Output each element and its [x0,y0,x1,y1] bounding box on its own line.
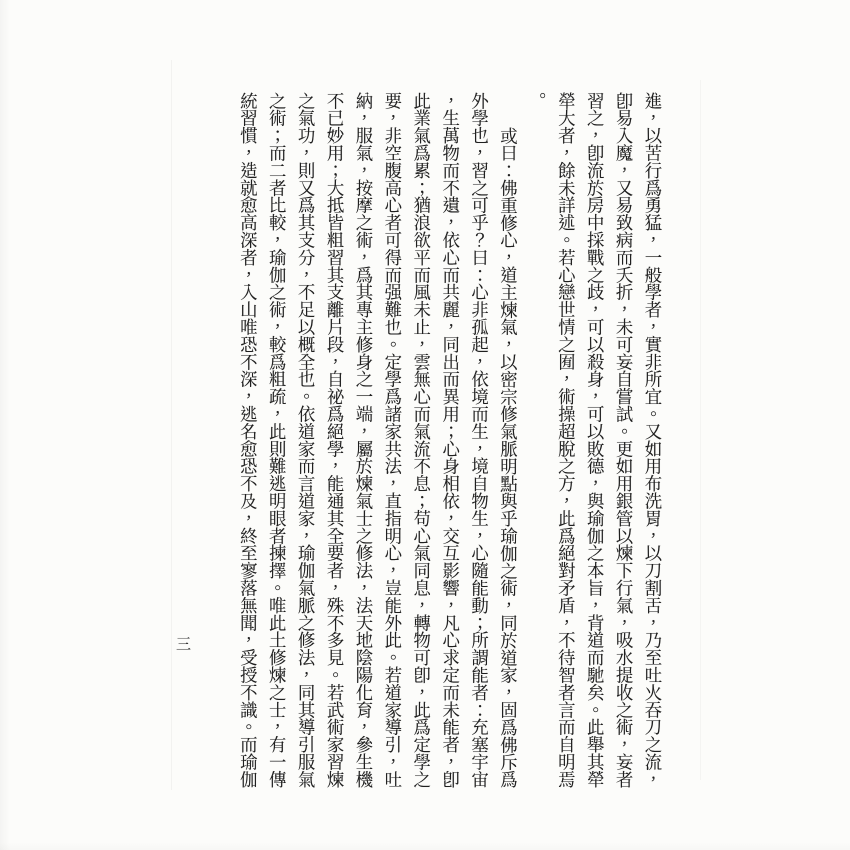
text-column: 犖大者，餘未詳述。若心戀世情之囿，術操超脫之方，此爲絕對矛盾，不待智者言而自明焉 [556,92,573,792]
text-column: 外學也，習之可乎？曰：心非孤起，依境而生，境自物生，心隨能動；所謂能者：充塞宇宙 [469,92,486,792]
text-column: 納，服氣，按摩之術，爲其專主修身之一端，屬於煉氣士之修法，法天地陰陽化育，參生機 [354,92,371,792]
text-column: 此業氣爲累；猶浪欲平而風未止，雲無心而氣流不息；苟心氣同息，轉物可卽，此爲定學之 [411,92,428,792]
text-column: 卽易入魔，又易致病而夭折，未可妄自嘗試。更如用銀管以煉下行氣，吸水提收之術，妄者 [614,92,631,792]
text-block: 進，以苦行爲勇猛，一般學者，實非所宜。又如用布洗胃，以刀割舌，乃至吐火吞刀之流，… [226,92,660,792]
page-number: 三 [176,633,191,654]
text-column: 不已妙用；大抵皆粗習其支離片段，自祕爲絕學，能通其全要者，殊不多見。若武術家習煉 [325,92,342,792]
text-column: 統習慣，造就愈高深者，入山唯恐不深，逃名愈恐不及，終至寥落無聞，受授不識。而瑜伽 [238,92,255,792]
text-column: 要，非空腹高心者可得而强難也。定學爲諸家共法，直指明心，豈能外此。若道家導引，吐 [382,92,399,792]
text-column: 之術；而二者比較，瑜伽之術，較爲粗疏，此則難逃明眼者揀擇。唯此土修煉之士，有一傳 [267,92,284,792]
text-column: 習之，卽流於房中採戰之歧，可以殺身，可以敗德，與瑜伽之本旨，背道而馳矣。此舉其犖 [585,92,602,792]
text-column: ，生萬物而不遺，依心而共麗，同出而異用；心身相依，交互影響，凡心求定而未能者，卽 [440,92,457,792]
text-column: 進，以苦行爲勇猛，一般學者，實非所宜。又如用布洗胃，以刀割舌，乃至吐火吞刀之流， [643,92,660,792]
text-column-period-carryover: 。 [527,92,544,792]
text-column-paragraph-start: 或曰：佛重修心，道主煉氣，以密宗修氣脈明點與乎瑜伽之術，同於道家，固爲佛斥爲 [498,92,515,792]
scanned-page: 進，以苦行爲勇猛，一般學者，實非所宜。又如用布洗胃，以刀割舌，乃至吐火吞刀之流，… [0,0,850,850]
text-column: 之氣功，則又爲其支分，不足以概全也。依道家而言道家，瑜伽氣脈之修法，同其導引服氣 [296,92,313,792]
